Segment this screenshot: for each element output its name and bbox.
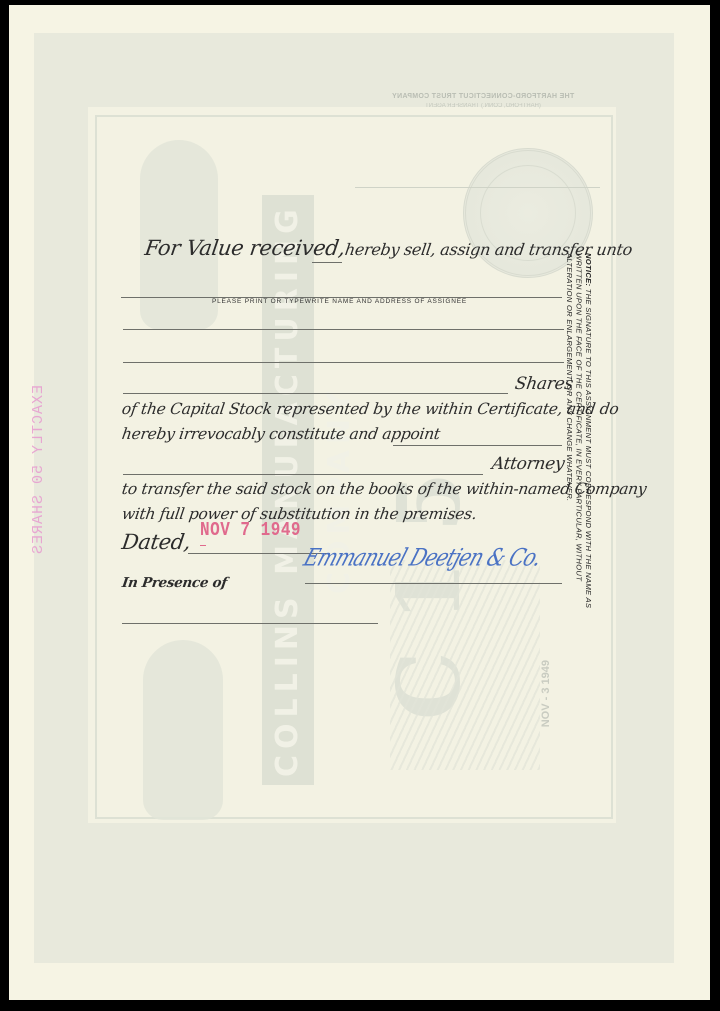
capital-stock-text: of the Capital Stock represented by the …	[121, 400, 620, 418]
hereby-appoint-text: hereby irrevocably constitute and appoin…	[121, 425, 441, 443]
bleed-through-shares-stamp: EXACTLY 50 SHARES	[30, 385, 52, 620]
assignee-line-2[interactable]	[123, 329, 564, 330]
appointee-line[interactable]	[393, 445, 562, 446]
attorney-label: Attorney	[491, 454, 566, 474]
assignee-line-3[interactable]	[123, 362, 564, 363]
notice-label: NOTICE:	[584, 253, 593, 286]
assignor-blank-line[interactable]	[312, 262, 342, 263]
notice-body: THE SIGNATURE TO THIS ASSIGNMENT MUST CO…	[565, 253, 593, 608]
dated-label: Dated,	[120, 530, 192, 554]
bleed-through-trust-company: THE HARTFORD-CONNECTICUT TRUST COMPANY	[378, 93, 588, 100]
assignor-signature: Emmanuel Deetjen & Co.	[300, 543, 545, 572]
bleed-through-signature-line	[355, 187, 600, 188]
bleed-through-front-date: NOV - 3 1949	[540, 660, 552, 727]
witness-line[interactable]	[122, 623, 378, 624]
bleed-through-vignette-top	[140, 140, 218, 330]
in-presence-of-label: In Presence of	[121, 575, 228, 591]
date-stamp: NOV 7 1949	[200, 519, 301, 541]
assignee-caption: PLEASE PRINT OR TYPEWRITE NAME AND ADDRE…	[212, 298, 467, 305]
notice-text: NOTICE: THE SIGNATURE TO THIS ASSIGNMENT…	[563, 253, 593, 623]
bleed-through-vignette-bottom	[143, 640, 223, 820]
bleed-through-trust-location: (HARTFORD, CONN.) TRANSFER AGENT	[378, 103, 588, 109]
signature-line[interactable]	[305, 583, 562, 584]
for-value-received-text: For Value received,	[143, 236, 346, 260]
bleed-through-hatching	[390, 560, 540, 770]
attorney-line[interactable]	[123, 474, 483, 475]
shares-line[interactable]	[123, 393, 508, 394]
date-stamp-dash	[200, 545, 206, 546]
